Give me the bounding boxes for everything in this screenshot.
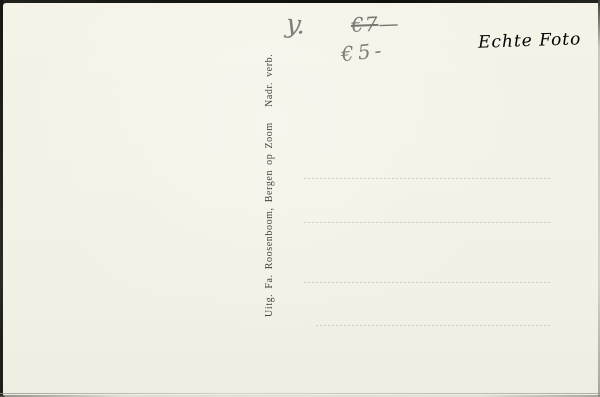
handwritten-new-price: €5- (340, 38, 386, 66)
scan-edge-left (0, 0, 3, 345)
handwritten-price-crossed: €7— (351, 11, 400, 37)
scan-edge-top (0, 0, 600, 3)
postcard-scan: Uitg. Fa. Roosenboom, Bergen op Zoom Nad… (0, 0, 600, 397)
address-line-1 (304, 178, 550, 180)
address-line-4 (316, 325, 550, 327)
address-line-2 (304, 222, 550, 224)
handwritten-check-mark: y. (284, 9, 307, 41)
handwritten-old-price-dash: — (378, 11, 400, 36)
publisher-imprint: Uitg. Fa. Roosenboom, Bergen op Zoom Nad… (264, 57, 278, 317)
photo-quality-mark: Echte Foto (478, 29, 582, 53)
handwritten-old-price: €7 (351, 12, 379, 37)
address-line-3 (304, 282, 550, 284)
card-bottom-shadow (0, 393, 600, 394)
postcard-back (3, 3, 599, 397)
